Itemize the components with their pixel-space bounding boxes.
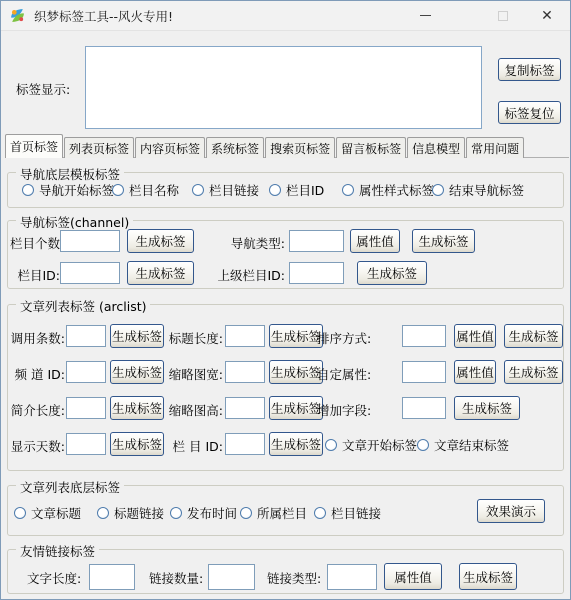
- custom-attr-label: 自定属性:: [317, 365, 371, 383]
- radio-icon: [192, 184, 204, 196]
- radio-nav-start-tag[interactable]: 导航开始标签: [22, 181, 114, 199]
- parent-id-input[interactable]: [289, 262, 344, 284]
- app-window: 织梦标签工具--风火专用! ✕ 标签显示: 复制标签 标签复位 首页标签 列表页…: [0, 0, 571, 600]
- col-count-input[interactable]: [60, 230, 120, 252]
- radio-icon: [314, 507, 326, 519]
- thumb-width-label: 缩略图宽:: [168, 365, 223, 383]
- generate-thumb-width-button[interactable]: 生成标签: [269, 360, 323, 384]
- thumb-height-input[interactable]: [225, 397, 265, 419]
- generate-call-count-button[interactable]: 生成标签: [110, 324, 164, 348]
- channel-id-input[interactable]: [66, 361, 106, 383]
- close-icon: ✕: [541, 9, 553, 23]
- text-length-label: 文字长度:: [27, 569, 81, 587]
- arclist-col-id-label: 栏 目 ID:: [160, 437, 223, 455]
- generate-col-count-button[interactable]: 生成标签: [127, 229, 194, 253]
- generate-thumb-height-button[interactable]: 生成标签: [269, 396, 323, 420]
- tab-system-tags[interactable]: 系统标签: [206, 137, 264, 158]
- titlebar: 织梦标签工具--风火专用! ✕: [1, 1, 570, 31]
- effect-demo-button[interactable]: 效果演示: [477, 499, 545, 523]
- close-button[interactable]: ✕: [527, 1, 567, 30]
- tab-home-tags[interactable]: 首页标签: [5, 134, 63, 158]
- radio-icon: [432, 184, 444, 196]
- tab-search-page-tags[interactable]: 搜索页标签: [265, 137, 335, 158]
- attr-value-order-button[interactable]: 属性值: [454, 324, 496, 348]
- col-id-label: 栏目ID:: [10, 266, 60, 284]
- tab-bar: 首页标签 列表页标签 内容页标签 系统标签 搜索页标签 留言板标签 信息模型 常…: [5, 134, 569, 158]
- parent-id-label: 上级栏目ID:: [207, 266, 285, 284]
- tab-guestbook-tags[interactable]: 留言板标签: [336, 137, 406, 158]
- group-arclist-title: 文章列表标签 (arclist): [16, 297, 150, 315]
- radio-title-link[interactable]: 标题链接: [97, 504, 164, 522]
- thumb-height-label: 缩略图高:: [168, 401, 223, 419]
- generate-custom-attr-button[interactable]: 生成标签: [504, 360, 563, 384]
- generate-arclist-col-id-button[interactable]: 生成标签: [269, 432, 323, 456]
- link-type-label: 链接类型:: [267, 569, 321, 587]
- radio-icon: [417, 439, 429, 451]
- tag-display-textarea[interactable]: [85, 46, 482, 129]
- tab-content-page-tags[interactable]: 内容页标签: [135, 137, 205, 158]
- call-count-input[interactable]: [66, 325, 106, 347]
- radio-icon: [342, 184, 354, 196]
- arclist-row: 频 道 ID: 生成标签 缩略图宽: 生成标签 自定属性: 属性值 生成标签: [8, 360, 563, 384]
- minimize-button[interactable]: [405, 1, 445, 30]
- radio-article-end-tag[interactable]: 文章结束标签: [417, 436, 509, 454]
- generate-title-length-button[interactable]: 生成标签: [269, 324, 323, 348]
- custom-attr-input[interactable]: [402, 361, 446, 383]
- generate-nav-type-button[interactable]: 生成标签: [412, 229, 475, 253]
- nav-type-label: 导航类型:: [207, 234, 285, 252]
- radio-column-id[interactable]: 栏目ID: [269, 181, 324, 199]
- group-arclist: 文章列表标签 (arclist) 调用条数: 生成标签 标题长度: 生成标签 排…: [7, 304, 564, 471]
- text-length-input[interactable]: [89, 564, 135, 590]
- attr-value-custom-attr-button[interactable]: 属性值: [454, 360, 496, 384]
- tab-info-model[interactable]: 信息模型: [407, 137, 465, 158]
- radio-icon: [325, 439, 337, 451]
- radio-belong-column[interactable]: 所属栏目: [240, 504, 307, 522]
- window-title: 织梦标签工具--风火专用!: [34, 7, 173, 25]
- radio-article-title[interactable]: 文章标题: [14, 504, 81, 522]
- radio-column-link-bottom[interactable]: 栏目链接: [314, 504, 381, 522]
- arclist-row: 简介长度: 生成标签 缩略图高: 生成标签 增加字段: 生成标签: [8, 396, 563, 420]
- attr-value-link-type-button[interactable]: 属性值: [384, 563, 442, 590]
- radio-article-start-tag[interactable]: 文章开始标签: [325, 436, 417, 454]
- radio-column-name[interactable]: 栏目名称: [112, 181, 179, 199]
- show-days-label: 显示天数:: [9, 437, 65, 455]
- thumb-width-input[interactable]: [225, 361, 265, 383]
- generate-channel-id-button[interactable]: 生成标签: [110, 360, 164, 384]
- radio-icon: [112, 184, 124, 196]
- reset-tag-button[interactable]: 标签复位: [498, 101, 561, 124]
- tab-list-page-tags[interactable]: 列表页标签: [64, 137, 134, 158]
- display-label: 标签显示:: [16, 80, 70, 98]
- maximize-button[interactable]: [483, 1, 523, 30]
- radio-icon: [97, 507, 109, 519]
- group-flink: 友情链接标签 文字长度: 链接数量: 链接类型: 属性值 生成标签: [7, 549, 564, 594]
- title-length-label: 标题长度:: [168, 329, 223, 347]
- group-list-bottom: 文章列表底层标签 文章标题 标题链接 发布时间 所属栏目 栏目链接 效果演示: [7, 485, 564, 536]
- generate-order-button[interactable]: 生成标签: [504, 324, 563, 348]
- minimize-icon: [420, 15, 431, 16]
- radio-publish-time[interactable]: 发布时间: [170, 504, 237, 522]
- copy-tag-button[interactable]: 复制标签: [498, 58, 561, 81]
- radio-icon: [269, 184, 281, 196]
- group-nav-template: 导航底层模板标签 导航开始标签 栏目名称 栏目链接 栏目ID 属性样式标签 结束…: [7, 172, 564, 208]
- nav-type-input[interactable]: [289, 230, 344, 252]
- group-flink-title: 友情链接标签: [16, 542, 99, 560]
- arclist-row: 显示天数: 生成标签 栏 目 ID: 生成标签 文章开始标签 文章结束标签: [8, 432, 563, 456]
- app-icon: [9, 7, 26, 24]
- link-count-input[interactable]: [208, 564, 255, 590]
- order-input[interactable]: [402, 325, 446, 347]
- radio-icon: [22, 184, 34, 196]
- desc-length-input[interactable]: [66, 397, 106, 419]
- col-id-input[interactable]: [60, 262, 120, 284]
- group-list-bottom-title: 文章列表底层标签: [16, 478, 124, 496]
- generate-parent-id-button[interactable]: 生成标签: [357, 261, 427, 285]
- radio-icon: [240, 507, 252, 519]
- arclist-row: 调用条数: 生成标签 标题长度: 生成标签 排序方式: 属性值 生成标签: [8, 324, 563, 348]
- link-count-label: 链接数量:: [149, 569, 203, 587]
- generate-desc-length-button[interactable]: 生成标签: [110, 396, 164, 420]
- call-count-label: 调用条数:: [9, 329, 65, 347]
- add-field-input[interactable]: [402, 397, 446, 419]
- radio-icon: [14, 507, 26, 519]
- radio-column-link[interactable]: 栏目链接: [192, 181, 259, 199]
- tab-faq[interactable]: 常用问题: [466, 137, 524, 158]
- generate-col-id-button[interactable]: 生成标签: [127, 261, 194, 285]
- group-nav-channel-title: 导航标签(channel): [16, 213, 133, 231]
- radio-icon: [170, 507, 182, 519]
- desc-length-label: 简介长度:: [9, 401, 65, 419]
- generate-show-days-button[interactable]: 生成标签: [110, 432, 164, 456]
- arclist-col-id-input[interactable]: [225, 433, 265, 455]
- add-field-label: 增加字段:: [317, 401, 371, 419]
- show-days-input[interactable]: [66, 433, 106, 455]
- order-label: 排序方式:: [317, 329, 371, 347]
- group-nav-channel: 导航标签(channel) 栏目个数: 生成标签 导航类型: 属性值 生成标签 …: [7, 220, 564, 289]
- title-length-input[interactable]: [225, 325, 265, 347]
- radio-attr-style-tag[interactable]: 属性样式标签: [342, 181, 434, 199]
- radio-nav-end-tag[interactable]: 结束导航标签: [432, 181, 524, 199]
- maximize-icon: [498, 11, 508, 21]
- generate-add-field-button[interactable]: 生成标签: [454, 396, 520, 420]
- generate-flink-button[interactable]: 生成标签: [459, 563, 517, 590]
- link-type-input[interactable]: [327, 564, 377, 590]
- col-count-label: 栏目个数:: [10, 234, 60, 252]
- attr-value-nav-type-button[interactable]: 属性值: [350, 229, 400, 253]
- channel-id-label: 频 道 ID:: [9, 365, 65, 383]
